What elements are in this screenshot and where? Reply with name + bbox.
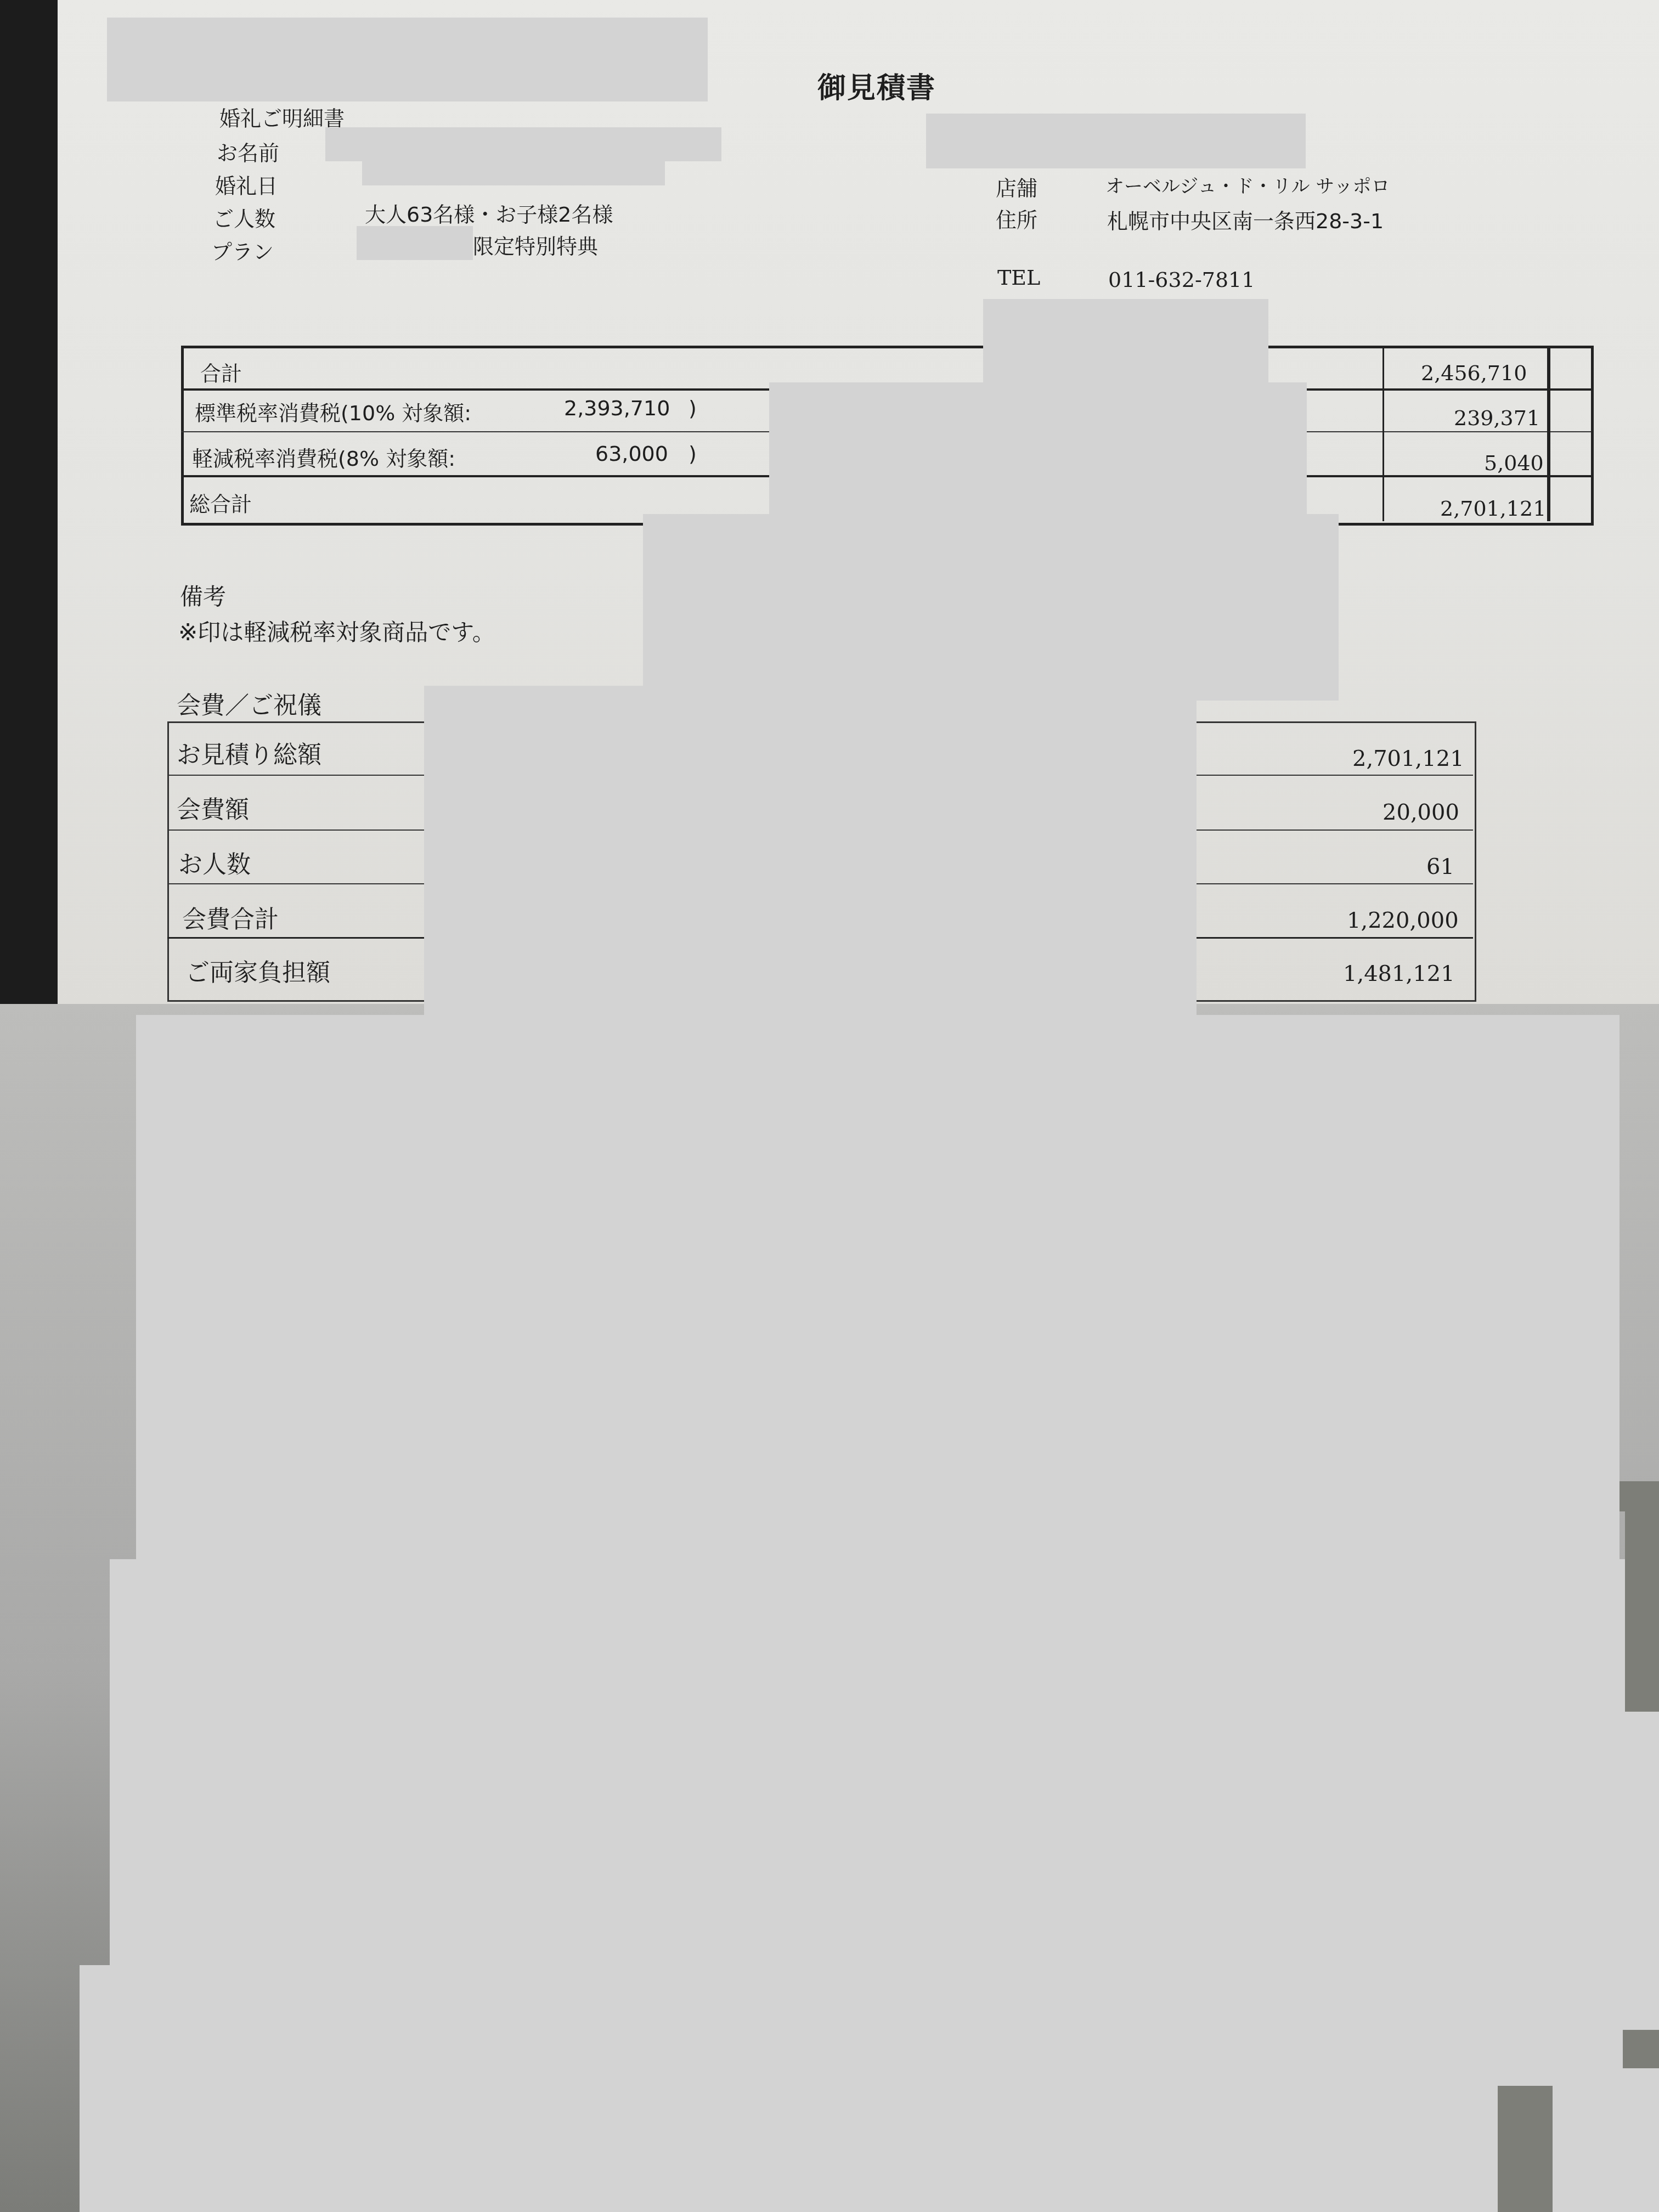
fee-row-value: 61 xyxy=(1426,854,1454,879)
plan-value: 限定特別特典 xyxy=(473,229,598,259)
guest-count-label: ご人数 xyxy=(213,202,275,232)
redaction-box xyxy=(136,1015,1620,1559)
store-label: 店舗 xyxy=(996,171,1037,201)
redaction-box xyxy=(769,382,1307,514)
remarks-note: ※印は軽減税率対象商品です。 xyxy=(178,614,495,647)
fee-row-label: ご両家負担額 xyxy=(185,953,330,988)
address-label: 住所 xyxy=(996,203,1037,233)
fee-row-label: 会費額 xyxy=(177,790,249,825)
standard-tax-label: 標準税率消費税(10% 対象額: xyxy=(195,396,471,426)
standard-tax-value: 239,371 xyxy=(1454,406,1540,430)
guest-count-value: 大人63名様・お子様2名様 xyxy=(365,198,613,228)
standard-tax-close: ) xyxy=(689,396,697,420)
grand-total-label: 総合計 xyxy=(189,487,252,517)
wedding-date-label: 婚礼日 xyxy=(215,169,278,199)
subtotal-label: 合計 xyxy=(200,357,242,387)
reduced-tax-close: ) xyxy=(689,442,697,466)
redaction-box xyxy=(325,127,721,161)
remarks-heading: 備考 xyxy=(180,579,226,612)
reduced-tax-label: 軽減税率消費税(8% 対象額: xyxy=(192,442,455,472)
fee-row-label: お見積り総額 xyxy=(177,735,321,770)
address-value: 札幌市中央区南一条西28-3-1 xyxy=(1107,204,1384,234)
name-label: お名前 xyxy=(217,136,279,166)
redaction-box xyxy=(983,299,1268,382)
redaction-box xyxy=(80,1965,1659,2212)
tel-label: TEL xyxy=(997,266,1040,290)
redaction-box xyxy=(107,18,708,101)
fee-row-label: 会費合計 xyxy=(182,900,279,935)
tel-value: 011-632-7811 xyxy=(1108,268,1255,292)
reduced-tax-value: 5,040 xyxy=(1484,451,1544,475)
redaction-box xyxy=(362,161,665,185)
fee-row-value: 1,220,000 xyxy=(1347,908,1459,933)
redaction-box xyxy=(424,686,1197,1015)
fee-row-label: お人数 xyxy=(178,845,251,880)
fee-section-heading: 会費／ご祝儀 xyxy=(177,686,321,721)
background-patch xyxy=(1620,1481,1659,1511)
store-value: オーベルジュ・ド・リル サッポロ xyxy=(1105,171,1390,198)
redaction-box xyxy=(110,1559,1659,1965)
fee-row-value: 1,481,121 xyxy=(1343,961,1455,986)
standard-tax-base: 2,393,710 xyxy=(564,396,670,420)
col-divider xyxy=(1383,348,1384,521)
fee-row-value: 2,701,121 xyxy=(1352,746,1464,771)
redaction-box xyxy=(926,114,1306,168)
grand-total-value: 2,701,121 xyxy=(1440,496,1546,521)
reduced-tax-base: 63,000 xyxy=(595,442,668,466)
redaction-box xyxy=(357,226,473,260)
background-patch xyxy=(1625,1511,1659,1712)
plan-label: プラン xyxy=(211,235,274,265)
col-divider xyxy=(1547,348,1550,521)
document-title: 御見積書 xyxy=(817,65,936,106)
background-patch xyxy=(1623,2030,1659,2068)
redaction-box xyxy=(643,514,1339,701)
background-patch xyxy=(1498,2086,1553,2212)
fee-row-value: 20,000 xyxy=(1383,800,1459,825)
subtotal-value: 2,456,710 xyxy=(1421,361,1527,385)
